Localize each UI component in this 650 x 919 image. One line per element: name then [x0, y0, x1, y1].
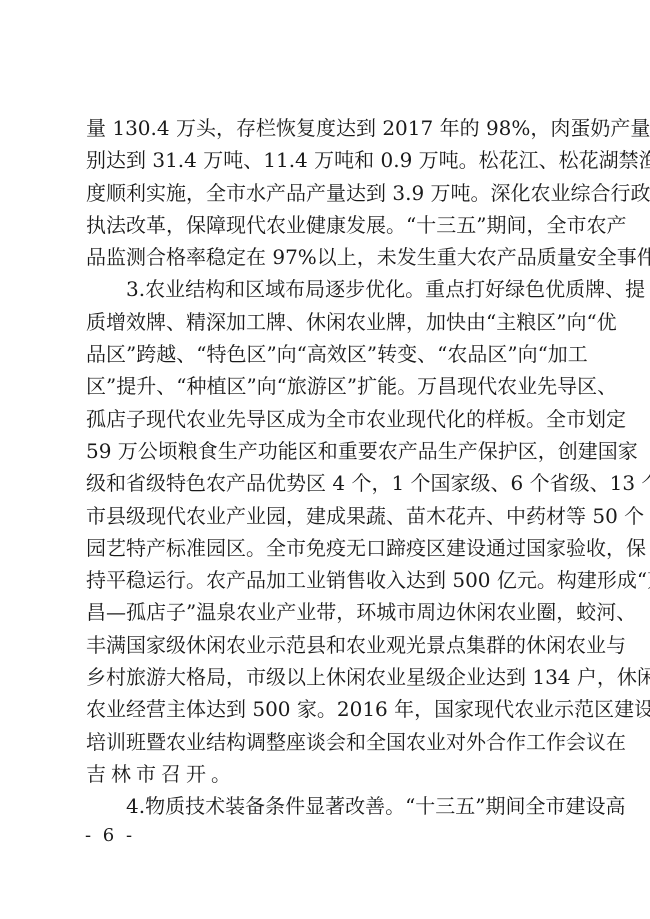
text-line: 农业经营主体达到 500 家。2016 年，国家现代农业示范区建设 — [86, 693, 564, 725]
paragraph-section-4-equipment: 4.物质技术装备条件显著改善。“十三五”期间全市建设高 — [86, 790, 564, 822]
text-line: 品区”跨越、“特色区”向“高效区”转变、“农品区”向“加工 — [86, 338, 564, 370]
text-line: 别达到 31.4 万吨、11.4 万吨和 0.9 万吨。松花江、松花湖禁渔制 — [86, 144, 564, 176]
text-line: 乡村旅游大格局，市级以上休闲农业星级企业达到 134 户，休闲 — [86, 661, 564, 693]
text-line: 丰满国家级休闲农业示范县和农业观光景点集群的休闲农业与 — [86, 629, 564, 661]
text-line: 品监测合格率稳定在 97%以上，未发生重大农产品质量安全事件。 — [86, 241, 564, 273]
text-line: 培训班暨农业结构调整座谈会和全国农业对外合作工作会议在 — [86, 726, 564, 758]
text-line: 园艺特产标准园区。全市免疫无口蹄疫区建设通过国家验收，保 — [86, 532, 564, 564]
section-heading-line: 3.农业结构和区域布局逐步优化。重点打好绿色优质牌、提 — [86, 273, 564, 305]
text-line: 昌—孤店子”温泉农业产业带，环城市周边休闲农业圈，蛟河、 — [86, 596, 564, 628]
page-number: - 6 - — [85, 824, 135, 848]
text-line: 质增效牌、精深加工牌、休闲农业牌，加快由“主粮区”向“优 — [86, 306, 564, 338]
paragraph-livestock-fishery-quality: 量 130.4 万头，存栏恢复度达到 2017 年的 98%，肉蛋奶产量分 别达… — [86, 112, 564, 273]
text-line: 度顺利实施，全市水产品产量达到 3.9 万吨。深化农业综合行政 — [86, 177, 564, 209]
text-line: 孤店子现代农业先导区成为全市农业现代化的样板。全市划定 — [86, 403, 564, 435]
text-line: 级和省级特色农产品优势区 4 个，1 个国家级、6 个省级、13 个 — [86, 467, 564, 499]
section-heading-line: 4.物质技术装备条件显著改善。“十三五”期间全市建设高 — [86, 790, 564, 822]
text-line: 持平稳运行。农产品加工业销售收入达到 500 亿元。构建形成“万 — [86, 564, 564, 596]
text-line: 吉林市召开。 — [86, 758, 564, 790]
text-line: 59 万公顷粮食生产功能区和重要农产品生产保护区，创建国家 — [86, 435, 564, 467]
text-line: 区”提升、“种植区”向“旅游区”扩能。万昌现代农业先导区、 — [86, 370, 564, 402]
text-line: 量 130.4 万头，存栏恢复度达到 2017 年的 98%，肉蛋奶产量分 — [86, 112, 564, 144]
text-line: 执法改革，保障现代农业健康发展。“十三五”期间，全市农产 — [86, 209, 564, 241]
body-text: 量 130.4 万头，存栏恢复度达到 2017 年的 98%，肉蛋奶产量分 别达… — [86, 112, 564, 823]
document-page: 量 130.4 万头，存栏恢复度达到 2017 年的 98%，肉蛋奶产量分 别达… — [0, 0, 650, 919]
paragraph-section-3-structure-layout: 3.农业结构和区域布局逐步优化。重点打好绿色优质牌、提 质增效牌、精深加工牌、休… — [86, 273, 564, 790]
text-line: 市县级现代农业产业园，建成果蔬、苗木花卉、中药材等 50 个 — [86, 500, 564, 532]
